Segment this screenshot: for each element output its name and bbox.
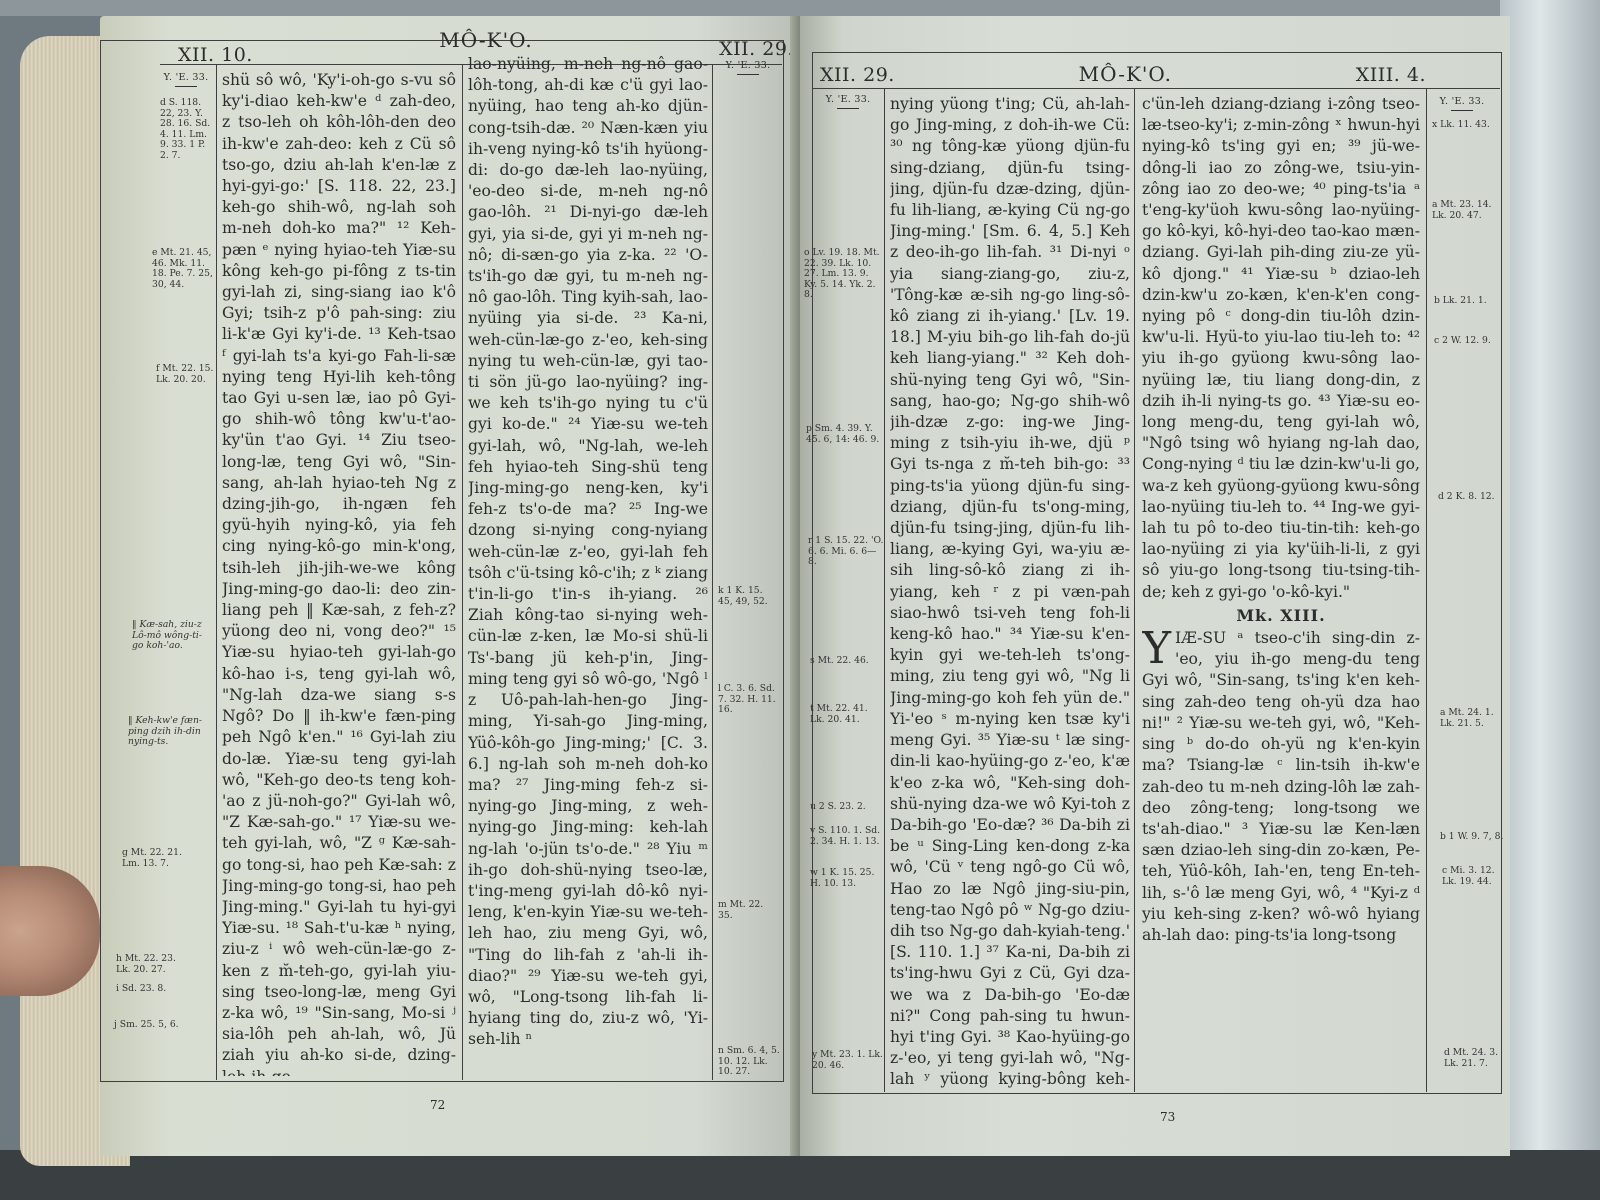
margin-ref: o Lv. 19. 18. Mt. 22. 39. Lk. 10. 27. Lm… bbox=[804, 248, 882, 301]
margin-ref: w 1 K. 15. 25. H. 10. 13. bbox=[810, 868, 884, 889]
margin-note: ‖ Kæ-sah, ziu-z Lô-mô wông-ti-go koh-'ao… bbox=[132, 620, 202, 652]
margin-ref: d S. 118. 22, 23. Y. 28. 16. Sd. 4. 11. … bbox=[160, 98, 214, 161]
right-header-chapter: XII. 29. bbox=[820, 64, 895, 86]
chapter-heading: Mk. XIII. bbox=[1142, 605, 1420, 626]
margin-ref: t Mt. 22. 41. Lk. 20. 41. bbox=[810, 704, 884, 725]
margin-ref: j Sm. 25. 5, 6. bbox=[114, 1020, 184, 1031]
margin-ref: p Sm. 4. 39. Y. 45. 6, 14: 46. 9. bbox=[806, 424, 884, 445]
margin-ref: h Mt. 22. 23. Lk. 20. 27. bbox=[116, 954, 186, 975]
margin-ref: u 2 S. 23. 2. bbox=[810, 802, 884, 813]
left-column-rule bbox=[462, 64, 463, 1080]
margin-ref: v S. 110. 1. Sd. 2. 34. H. 1. 13. bbox=[810, 826, 884, 847]
left-right-margin-rule bbox=[712, 64, 713, 1080]
chapter-text: IÆ-SU ᵃ tseo-c'ih sing-din z-'eo, yiu ih… bbox=[1142, 629, 1420, 944]
right-right-margin-rule bbox=[1426, 88, 1427, 1092]
margin-ref: x Lk. 11. 43. bbox=[1432, 120, 1498, 131]
right-right-margin-heading: Y. 'E. 33. bbox=[1432, 96, 1492, 111]
margin-ref: e Mt. 21. 45, 46. Mk. 11. 18. Pe. 7. 25,… bbox=[152, 248, 214, 290]
page-number: 73 bbox=[1160, 1110, 1175, 1124]
right-header-rule bbox=[812, 88, 1500, 89]
margin-ref: c 2 W. 12. 9. bbox=[1434, 336, 1500, 347]
margin-ref: y Mt. 23. 1. Lk. 20. 46. bbox=[812, 1050, 884, 1071]
right-column-rule bbox=[1134, 88, 1135, 1092]
right-page-column-1: nying yüong t'ing; Cü, ah-lah-go Jing-mi… bbox=[890, 94, 1130, 1088]
body-text: nying yüong t'ing; Cü, ah-lah-go Jing-mi… bbox=[890, 94, 1130, 1088]
right-header-chapter-end: XIII. 4. bbox=[1356, 64, 1426, 86]
margin-ref: n Sm. 6. 4, 5. 10. 12. Lk. 10. 27. bbox=[718, 1046, 780, 1078]
margin-ref: b 1 W. 9. 7, 8. bbox=[1440, 832, 1504, 843]
right-page-column-2: c'ün-leh dziang-dziang i-zông tseo-læ-ts… bbox=[1142, 94, 1420, 1088]
left-header-chapter: XII. 10. bbox=[178, 44, 253, 66]
drop-cap: Y bbox=[1142, 630, 1171, 668]
margin-ref: a Mt. 23. 14. Lk. 20. 47. bbox=[1432, 200, 1498, 221]
right-page-header: XII. 29. MÔ-K'O. XIII. 4. bbox=[820, 56, 1426, 86]
margin-ref: b Lk. 21. 1. bbox=[1434, 296, 1500, 307]
right-margin-rule bbox=[884, 88, 885, 1092]
right-margin-heading: Y. 'E. 33. bbox=[818, 94, 878, 109]
left-header-title: MÔ-K'O. bbox=[439, 28, 532, 52]
body-text: c'ün-leh dziang-dziang i-zông tseo-læ-ts… bbox=[1142, 94, 1420, 603]
margin-ref: i Sd. 23. 8. bbox=[116, 984, 186, 995]
body-text: lao-nyüing, m-neh ng-nô gao-lôh-tong, ah… bbox=[468, 54, 708, 1051]
margin-ref: s Mt. 22. 46. bbox=[810, 656, 884, 667]
left-page-column-1: shü sô wô, 'Ky'i-oh-go s-vu sô ky'i-diao… bbox=[222, 70, 456, 1076]
left-right-margin-heading: Y. 'E. 33. bbox=[718, 60, 778, 75]
right-page: XII. 29. MÔ-K'O. XIII. 4. Y. 'E. 33. Y. … bbox=[800, 16, 1510, 1156]
margin-note: ‖ Keh-kw'e fæn-ping dzih ih-din nying-ts… bbox=[128, 716, 202, 748]
left-header-chapter-end: XII. 29. bbox=[719, 38, 794, 60]
margin-ref: f Mt. 22. 15. Lk. 20. 20. bbox=[156, 364, 214, 385]
margin-ref: l C. 3. 6. Sd. 7. 32. H. 11. 16. bbox=[718, 684, 780, 716]
page-number: 72 bbox=[430, 1098, 445, 1112]
margin-ref: g Mt. 22. 21. Lm. 13. 7. bbox=[122, 848, 192, 869]
margin-ref: c Mi. 3. 12. Lk. 19. 44. bbox=[1442, 866, 1506, 887]
body-text: shü sô wô, 'Ky'i-oh-go s-vu sô ky'i-diao… bbox=[222, 70, 456, 1076]
left-margin-rule bbox=[216, 64, 217, 1080]
margin-ref: k 1 K. 15. 45, 49, 52. bbox=[718, 586, 780, 607]
left-page-column-2: lao-nyüing, m-neh ng-nô gao-lôh-tong, ah… bbox=[468, 54, 708, 1076]
margin-ref: m Mt. 22. 35. bbox=[718, 900, 780, 921]
left-margin-heading: Y. 'E. 33. bbox=[156, 72, 216, 87]
margin-ref: d Mt. 24. 3. Lk. 21. 7. bbox=[1444, 1048, 1508, 1069]
open-book: XII. 10. MÔ-K'O. XII. 29. Y. 'E. 33. Y. … bbox=[0, 6, 1540, 1166]
margin-ref: a Mt. 24. 1. Lk. 21. 5. bbox=[1440, 708, 1504, 729]
margin-ref: r 1 S. 15. 22. 'O. 6. 6. Mi. 6. 6—8. bbox=[808, 536, 884, 568]
right-header-title: MÔ-K'O. bbox=[1079, 62, 1172, 86]
left-page: XII. 10. MÔ-K'O. XII. 29. Y. 'E. 33. Y. … bbox=[100, 16, 800, 1156]
margin-ref: d 2 K. 8. 12. bbox=[1438, 492, 1504, 503]
